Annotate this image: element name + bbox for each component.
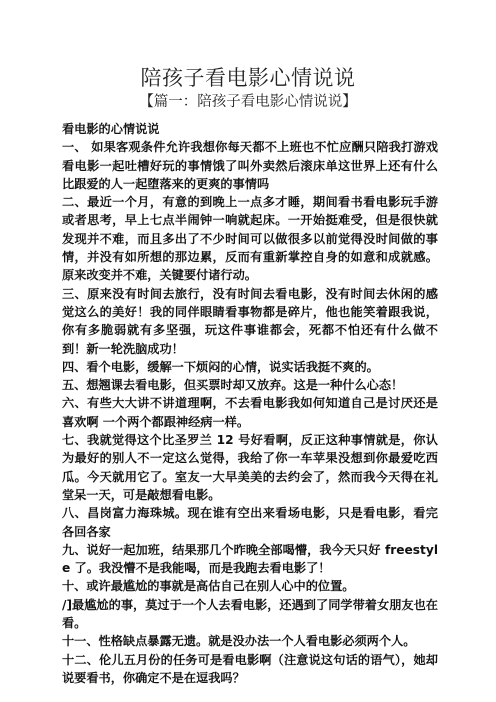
document-body: 看电影的心情说说 一、 如果客观条件允许我想你每天都不上班也不忙应酬只陪我打游戏… (62, 120, 438, 687)
paragraph-4: 四、看个电影，缓解一下烦闷的心情，说实话我挺不爽的。 (62, 358, 438, 376)
paragraph-10b: /]最尴尬的事，莫过于一个人去看电影，还遇到了同学带着女朋友也在看。 (62, 596, 438, 633)
paragraph-6: 六、有些大大讲不讲道理啊，不去看电影我如何知道自己是讨厌还是喜欢啊 一个两个都跟… (62, 394, 438, 431)
paragraph-10: 十、或许最尴尬的事就是高估自己在别人心中的位置。 (62, 577, 438, 595)
document-title: 陪孩子看电影心情说说 (0, 62, 496, 92)
paragraph-12: 十二、伦儿五月份的任务可是看电影啊（注意说这句话的语气），她却说要看书，你确定不… (62, 651, 438, 688)
paragraph-2: 二、最近一个月，有意的到晚上一点多才睡，期间看书看电影玩手游或者思考，早上七点半… (62, 193, 438, 284)
paragraph-5: 五、想翘课去看电影，但买票时却又放弃。这是一种什么心态！ (62, 376, 438, 394)
document-subtitle: 【篇一：陪孩子看电影心情说说】 (0, 90, 496, 111)
paragraph-8: 八、昌岗富力海珠城。现在谁有空出来看场电影，只是看电影，看完各回各家 (62, 504, 438, 541)
section-heading: 看电影的心情说说 (62, 120, 438, 138)
paragraph-11: 十一、性格缺点暴露无遗。就是没办法一个人看电影必须两个人。 (62, 632, 438, 650)
paragraph-7: 七、我就觉得这个比圣罗兰 12 号好看啊，反正这种事情就是，你认为最好的别人不一… (62, 431, 438, 504)
document-page: 陪孩子看电影心情说说 【篇一：陪孩子看电影心情说说】 看电影的心情说说 一、 如… (0, 0, 496, 702)
paragraph-3: 三、原来没有时间去旅行，没有时间去看电影，没有时间去休闲的感觉这么的美好！我的同… (62, 285, 438, 358)
paragraph-1: 一、 如果客观条件允许我想你每天都不上班也不忙应酬只陪我打游戏看电影一起吐槽好玩… (62, 138, 438, 193)
paragraph-9: 九、说好一起加班，结果那几个昨晚全部喝懵，我今天只好 freestyle 了。我… (62, 541, 438, 578)
